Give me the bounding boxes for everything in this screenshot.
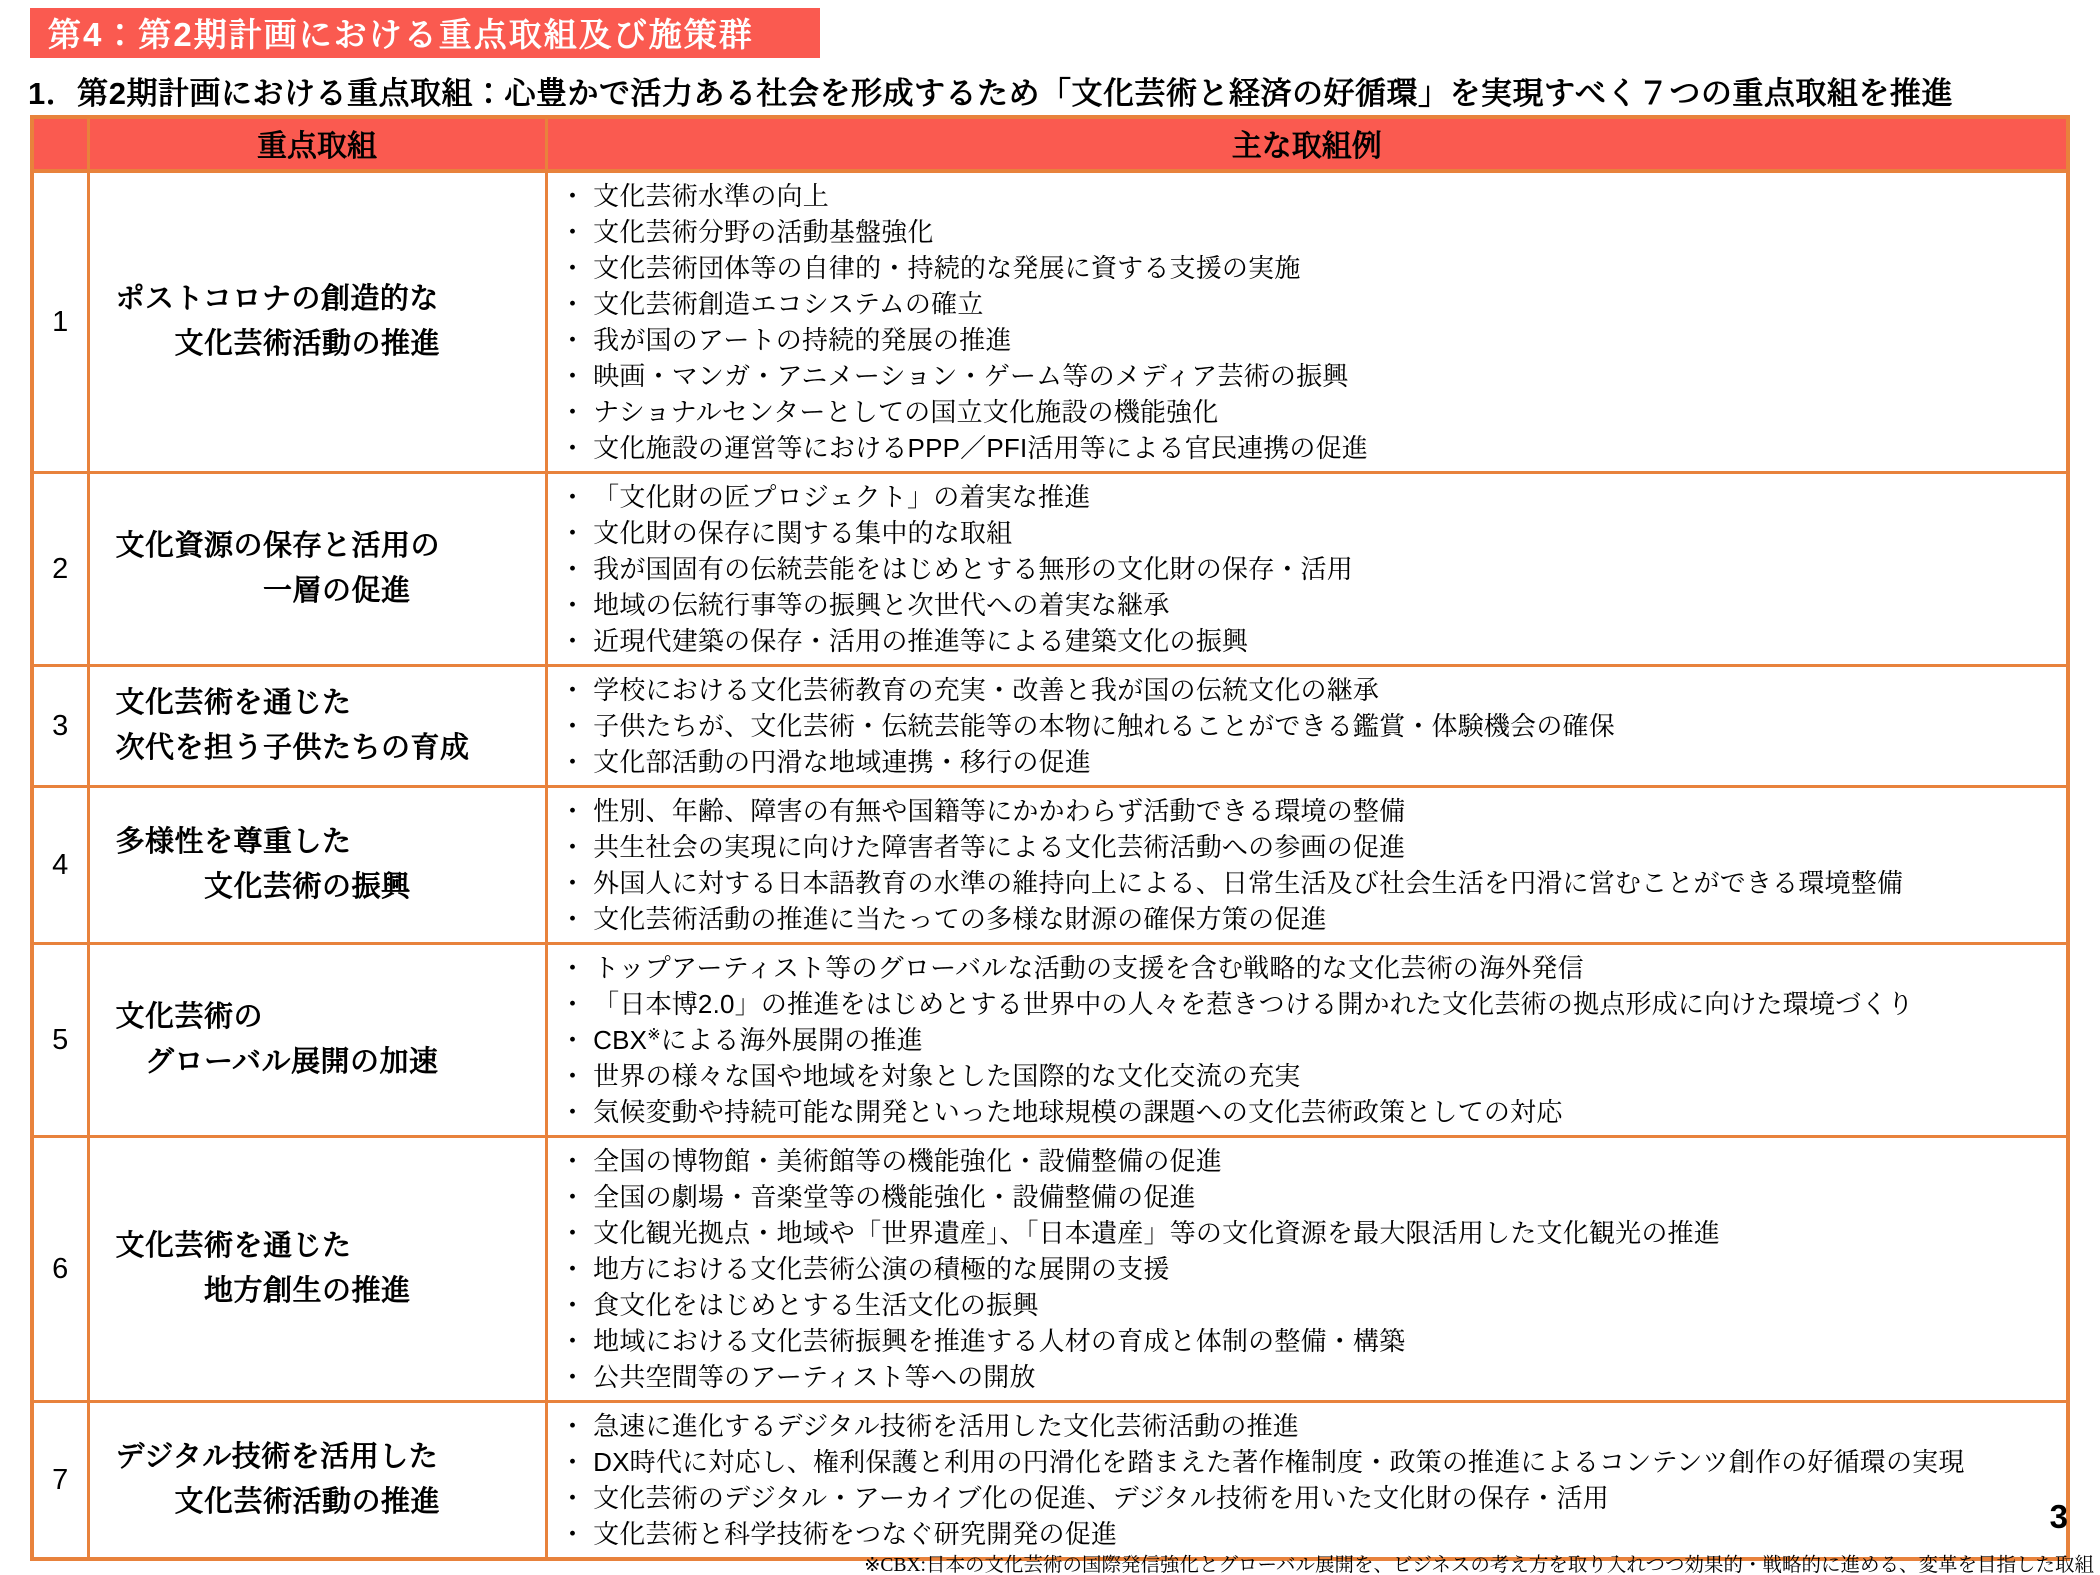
example-item: 文化芸術活動の推進に当たっての多様な財源の確保方策の促進 [560, 901, 2059, 937]
initiative-title-line: 文化資源の保存と活用の [116, 524, 539, 569]
initiative-title-line: ポストコロナの創造的な [116, 277, 539, 322]
example-list: トップアーティスト等のグローバルな活動の支援を含む戦略的な文化芸術の海外発信「日… [560, 950, 2059, 1130]
row-examples: 学校における文化芸術教育の充実・改善と我が国の伝統文化の継承子供たちが、文化芸術… [546, 666, 2068, 787]
example-item: 文化芸術分野の活動基盤強化 [560, 214, 2059, 250]
row-examples: 性別、年齢、障害の有無や国籍等にかかわらず活動できる環境の整備共生社会の実現に向… [546, 787, 2068, 944]
page-number: 3 [2050, 1498, 2068, 1536]
header-number-cell [32, 117, 88, 171]
row-number: 7 [32, 1402, 88, 1560]
initiative-title-line: グローバル展開の加速 [116, 1040, 539, 1085]
initiative-title-line: 文化芸術を通じた [116, 681, 539, 726]
example-list: 急速に進化するデジタル技術を活用した文化芸術活動の推進DX時代に対応し、権利保護… [560, 1408, 2059, 1552]
row-number: 3 [32, 666, 88, 787]
example-item: 「日本博2.0」の推進をはじめとする世界中の人々を惹きつける開かれた文化芸術の拠… [560, 986, 2059, 1022]
example-item: 文化観光拠点・地域や「世界遺産」、「日本遺産」等の文化資源を最大限活用した文化観… [560, 1215, 2059, 1251]
example-item: DX時代に対応し、権利保護と利用の円滑化を踏まえた著作権制度・政策の推進によるコ… [560, 1444, 2059, 1480]
example-item: 「文化財の匠プロジェクト」の着実な推進 [560, 479, 2059, 515]
superscript-marker: ※ [647, 1026, 661, 1043]
example-item: 世界の様々な国や地域を対象とした国際的な文化交流の充実 [560, 1058, 2059, 1094]
example-item: 外国人に対する日本語教育の水準の維持向上による、日常生活及び社会生活を円滑に営む… [560, 865, 2059, 901]
initiative-title-line: 地方創生の推進 [116, 1269, 539, 1314]
initiative-title-line: 文化芸術の振興 [116, 865, 539, 910]
initiative-title-line: 文化芸術活動の推進 [116, 322, 539, 367]
example-item: 地域の伝統行事等の振興と次世代への着実な継承 [560, 587, 2059, 623]
initiative-title-line: デジタル技術を活用した [116, 1435, 539, 1480]
example-list: 全国の博物館・美術館等の機能強化・設備整備の促進全国の劇場・音楽堂等の機能強化・… [560, 1143, 2059, 1395]
row-number: 1 [32, 171, 88, 473]
example-list: 「文化財の匠プロジェクト」の着実な推進文化財の保存に関する集中的な取組我が国固有… [560, 479, 2059, 659]
row-number: 4 [32, 787, 88, 944]
row-examples: トップアーティスト等のグローバルな活動の支援を含む戦略的な文化芸術の海外発信「日… [546, 944, 2068, 1137]
example-item: 文化芸術水準の向上 [560, 178, 2059, 214]
table-header-row: 重点取組 主な取組例 [32, 117, 2068, 171]
table-row: 4多様性を尊重した 文化芸術の振興性別、年齢、障害の有無や国籍等にかかわらず活動… [32, 787, 2068, 944]
row-number: 6 [32, 1137, 88, 1402]
table-row: 7デジタル技術を活用した 文化芸術活動の推進急速に進化するデジタル技術を活用した… [32, 1402, 2068, 1560]
row-initiative-title: 文化資源の保存と活用の 一層の促進 [88, 473, 546, 666]
slide-title-banner: 第4：第2期計画における重点取組及び施策群 [30, 8, 820, 58]
example-item: 文化芸術のデジタル・アーカイブ化の促進、デジタル技術を用いた文化財の保存・活用 [560, 1480, 2059, 1516]
example-item: 我が国のアートの持続的発展の推進 [560, 322, 2059, 358]
example-item: 文化施設の運営等におけるPPP／PFI活用等による官民連携の促進 [560, 430, 2059, 466]
initiative-title-line: 文化芸術活動の推進 [116, 1480, 539, 1525]
example-list: 文化芸術水準の向上文化芸術分野の活動基盤強化文化芸術団体等の自律的・持続的な発展… [560, 178, 2059, 466]
example-item: 文化芸術と科学技術をつなぐ研究開発の促進 [560, 1516, 2059, 1552]
example-list: 性別、年齢、障害の有無や国籍等にかかわらず活動できる環境の整備共生社会の実現に向… [560, 793, 2059, 937]
example-item: 共生社会の実現に向けた障害者等による文化芸術活動への参画の促進 [560, 829, 2059, 865]
example-item: 急速に進化するデジタル技術を活用した文化芸術活動の推進 [560, 1408, 2059, 1444]
initiative-title-line: 多様性を尊重した [116, 820, 539, 865]
example-item: 気候変動や持続可能な開発といった地球規模の課題への文化芸術政策としての対応 [560, 1094, 2059, 1130]
table-row: 5文化芸術の グローバル展開の加速トップアーティスト等のグローバルな活動の支援を… [32, 944, 2068, 1137]
row-initiative-title: デジタル技術を活用した 文化芸術活動の推進 [88, 1402, 546, 1560]
example-item: 近現代建築の保存・活用の推進等による建築文化の振興 [560, 623, 2059, 659]
row-initiative-title: 多様性を尊重した 文化芸術の振興 [88, 787, 546, 944]
table-row: 3文化芸術を通じた次代を担う子供たちの育成学校における文化芸術教育の充実・改善と… [32, 666, 2068, 787]
footnote-cbx: ※CBX:日本の文化芸術の国際発信強化とグローバル展開を、ビジネスの考え方を取り… [864, 1549, 2094, 1575]
slide-title: 第4：第2期計画における重点取組及び施策群 [48, 9, 754, 56]
example-item: 学校における文化芸術教育の充実・改善と我が国の伝統文化の継承 [560, 672, 2059, 708]
example-item: 我が国固有の伝統芸能をはじめとする無形の文化財の保存・活用 [560, 551, 2059, 587]
initiative-title-line: 文化芸術を通じた [116, 1224, 539, 1269]
example-item: 性別、年齢、障害の有無や国籍等にかかわらず活動できる環境の整備 [560, 793, 2059, 829]
row-examples: 文化芸術水準の向上文化芸術分野の活動基盤強化文化芸術団体等の自律的・持続的な発展… [546, 171, 2068, 473]
example-item: 文化部活動の円滑な地域連携・移行の促進 [560, 744, 2059, 780]
example-item: 映画・マンガ・アニメーション・ゲーム等のメディア芸術の振興 [560, 358, 2059, 394]
example-item: 文化芸術創造エコシステムの確立 [560, 286, 2059, 322]
example-item: 全国の劇場・音楽堂等の機能強化・設備整備の促進 [560, 1179, 2059, 1215]
table-row: 2文化資源の保存と活用の 一層の促進「文化財の匠プロジェクト」の着実な推進文化財… [32, 473, 2068, 666]
table-body: 1ポストコロナの創造的な 文化芸術活動の推進文化芸術水準の向上文化芸術分野の活動… [32, 171, 2068, 1559]
example-item: 子供たちが、文化芸術・伝統芸能等の本物に触れることができる鑑賞・体験機会の確保 [560, 708, 2059, 744]
row-initiative-title: ポストコロナの創造的な 文化芸術活動の推進 [88, 171, 546, 473]
example-list: 学校における文化芸術教育の充実・改善と我が国の伝統文化の継承子供たちが、文化芸術… [560, 672, 2059, 780]
header-key-initiative: 重点取組 [88, 117, 546, 171]
row-number: 2 [32, 473, 88, 666]
row-examples: 全国の博物館・美術館等の機能強化・設備整備の促進全国の劇場・音楽堂等の機能強化・… [546, 1137, 2068, 1402]
example-item: 食文化をはじめとする生活文化の振興 [560, 1287, 2059, 1323]
example-item: トップアーティスト等のグローバルな活動の支援を含む戦略的な文化芸術の海外発信 [560, 950, 2059, 986]
example-item: 地域における文化芸術振興を推進する人材の育成と体制の整備・構築 [560, 1323, 2059, 1359]
example-item: 全国の博物館・美術館等の機能強化・設備整備の促進 [560, 1143, 2059, 1179]
row-examples: 「文化財の匠プロジェクト」の着実な推進文化財の保存に関する集中的な取組我が国固有… [546, 473, 2068, 666]
header-main-examples: 主な取組例 [546, 117, 2068, 171]
initiatives-table: 重点取組 主な取組例 1ポストコロナの創造的な 文化芸術活動の推進文化芸術水準の… [30, 115, 2070, 1561]
table-row: 6文化芸術を通じた 地方創生の推進全国の博物館・美術館等の機能強化・設備整備の促… [32, 1137, 2068, 1402]
row-examples: 急速に進化するデジタル技術を活用した文化芸術活動の推進DX時代に対応し、権利保護… [546, 1402, 2068, 1560]
row-initiative-title: 文化芸術を通じた 地方創生の推進 [88, 1137, 546, 1402]
table-row: 1ポストコロナの創造的な 文化芸術活動の推進文化芸術水準の向上文化芸術分野の活動… [32, 171, 2068, 473]
example-item: 地方における文化芸術公演の積極的な展開の支援 [560, 1251, 2059, 1287]
example-item: 文化財の保存に関する集中的な取組 [560, 515, 2059, 551]
example-item: 公共空間等のアーティスト等への開放 [560, 1359, 2059, 1395]
slide-subtitle: 1．第2期計画における重点取組：心豊かで活力ある社会を形成するため「文化芸術と経… [28, 68, 1953, 113]
initiative-title-line: 一層の促進 [116, 569, 539, 614]
initiative-title-line: 文化芸術の [116, 995, 539, 1040]
example-item: CBX※による海外展開の推進 [560, 1022, 2059, 1058]
row-initiative-title: 文化芸術を通じた次代を担う子供たちの育成 [88, 666, 546, 787]
example-item: 文化芸術団体等の自律的・持続的な発展に資する支援の実施 [560, 250, 2059, 286]
row-initiative-title: 文化芸術の グローバル展開の加速 [88, 944, 546, 1137]
row-number: 5 [32, 944, 88, 1137]
example-item: ナショナルセンターとしての国立文化施設の機能強化 [560, 394, 2059, 430]
initiative-title-line: 次代を担う子供たちの育成 [116, 726, 539, 771]
